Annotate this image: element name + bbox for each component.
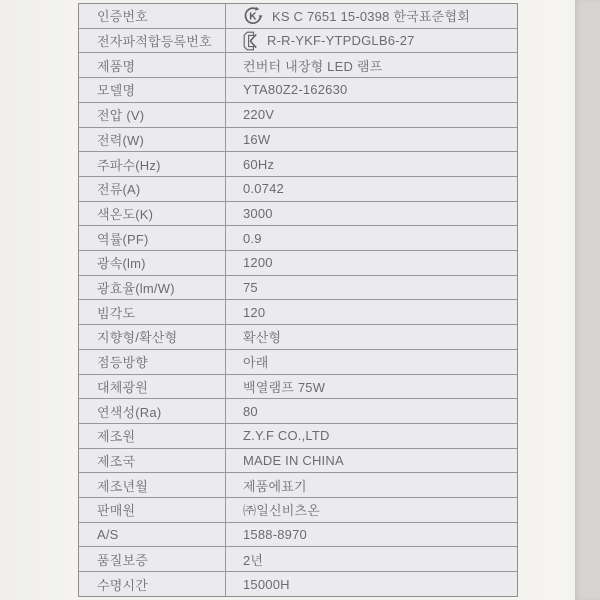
spec-label: 제조국 — [79, 449, 226, 473]
kc-certification-mark-icon — [243, 31, 258, 51]
table-row: 역률(PF) 0.9 — [79, 226, 517, 251]
spec-label: 광속(lm) — [79, 251, 226, 275]
spec-label: 주파수(Hz) — [79, 152, 226, 176]
spec-value: 80 — [226, 399, 517, 423]
table-row: A/S 1588-8970 — [79, 523, 517, 548]
table-row: 모델명 YTA80Z2-162630 — [79, 78, 517, 103]
spec-label: 역률(PF) — [79, 226, 226, 250]
spec-label: 연색성(Ra) — [79, 399, 226, 423]
table-row: 수명시간 15000H — [79, 572, 517, 596]
spec-label: 색온도(K) — [79, 202, 226, 226]
spec-value: YTA80Z2-162630 — [226, 78, 517, 102]
table-row: 광효율(lm/W) 75 — [79, 276, 517, 301]
spec-label: 제품명 — [79, 53, 226, 77]
table-row: 인증번호 K KS C 7651 15-0398 한국표준협회 — [79, 4, 517, 29]
table-row: 제품명 컨버터 내장형 LED 램프 — [79, 53, 517, 78]
spec-value: 0.9 — [226, 226, 517, 250]
spec-label: 모델명 — [79, 78, 226, 102]
spec-value: 220V — [226, 103, 517, 127]
spec-value: 아래 — [226, 350, 517, 374]
table-row: 전력(W) 16W — [79, 128, 517, 153]
spec-table: 인증번호 K KS C 7651 15-0398 한국표준협회 전자파적합등록번… — [78, 3, 518, 597]
spec-label: 전자파적합등록번호 — [79, 29, 226, 53]
table-row: 제조년월 제품에표기 — [79, 473, 517, 498]
spec-value: 컨버터 내장형 LED 램프 — [226, 53, 517, 77]
spec-value: 백열램프 75W — [226, 375, 517, 399]
spec-label: 제조년월 — [79, 473, 226, 497]
table-row: 주파수(Hz) 60Hz — [79, 152, 517, 177]
spec-label: 전압 (V) — [79, 103, 226, 127]
spec-label: A/S — [79, 523, 226, 547]
spec-label: 수명시간 — [79, 572, 226, 596]
table-row: 빔각도 120 — [79, 300, 517, 325]
spec-value-cell: K KS C 7651 15-0398 한국표준협회 — [226, 4, 517, 28]
table-row: 제조원 Z.Y.F CO.,LTD — [79, 424, 517, 449]
spec-value: 1588-8970 — [226, 523, 517, 547]
spec-label: 전류(A) — [79, 177, 226, 201]
table-row: 광속(lm) 1200 — [79, 251, 517, 276]
svg-text:K: K — [249, 12, 257, 23]
table-row: 대체광원 백열램프 75W — [79, 375, 517, 400]
spec-value: 60Hz — [226, 152, 517, 176]
spec-label: 지향형/확산형 — [79, 325, 226, 349]
table-row: 전자파적합등록번호 R-R-YKF-YTPDGLB6-27 — [79, 29, 517, 54]
table-row: 연색성(Ra) 80 — [79, 399, 517, 424]
table-row: 제조국 MADE IN CHINA — [79, 449, 517, 474]
spec-value: 0.0742 — [226, 177, 517, 201]
spec-label: 대체광원 — [79, 375, 226, 399]
spec-value: R-R-YKF-YTPDGLB6-27 — [267, 33, 415, 48]
spec-value: MADE IN CHINA — [226, 449, 517, 473]
table-row: 색온도(K) 3000 — [79, 202, 517, 227]
spec-value: 75 — [226, 276, 517, 300]
spec-value: 16W — [226, 128, 517, 152]
spec-value: 3000 — [226, 202, 517, 226]
spec-label: 제조원 — [79, 424, 226, 448]
spec-value: ㈜일신비츠온 — [226, 498, 517, 522]
table-row: 판매원 ㈜일신비츠온 — [79, 498, 517, 523]
spec-value: 1200 — [226, 251, 517, 275]
spec-value: Z.Y.F CO.,LTD — [226, 424, 517, 448]
ks-certification-mark-icon: K — [243, 6, 263, 26]
spec-label: 광효율(lm/W) — [79, 276, 226, 300]
table-row: 지향형/확산형 확산형 — [79, 325, 517, 350]
spec-label: 빔각도 — [79, 300, 226, 324]
spec-value: 15000H — [226, 572, 517, 596]
spec-label: 품질보증 — [79, 547, 226, 571]
spec-value: 확산형 — [226, 325, 517, 349]
table-row: 품질보증 2년 — [79, 547, 517, 572]
spec-value: 제품에표기 — [226, 473, 517, 497]
spec-value: 2년 — [226, 547, 517, 571]
spec-label: 점등방향 — [79, 350, 226, 374]
product-label-photo: 인증번호 K KS C 7651 15-0398 한국표준협회 전자파적합등록번… — [0, 0, 600, 600]
spec-label: 인증번호 — [79, 4, 226, 28]
spec-value: 120 — [226, 300, 517, 324]
spec-label: 판매원 — [79, 498, 226, 522]
spec-value: KS C 7651 15-0398 한국표준협회 — [272, 6, 470, 25]
table-row: 전류(A) 0.0742 — [79, 177, 517, 202]
spec-label: 전력(W) — [79, 128, 226, 152]
table-row: 전압 (V) 220V — [79, 103, 517, 128]
table-row: 점등방향 아래 — [79, 350, 517, 375]
spec-value-cell: R-R-YKF-YTPDGLB6-27 — [226, 29, 517, 53]
box-edge-shadow — [575, 0, 600, 600]
